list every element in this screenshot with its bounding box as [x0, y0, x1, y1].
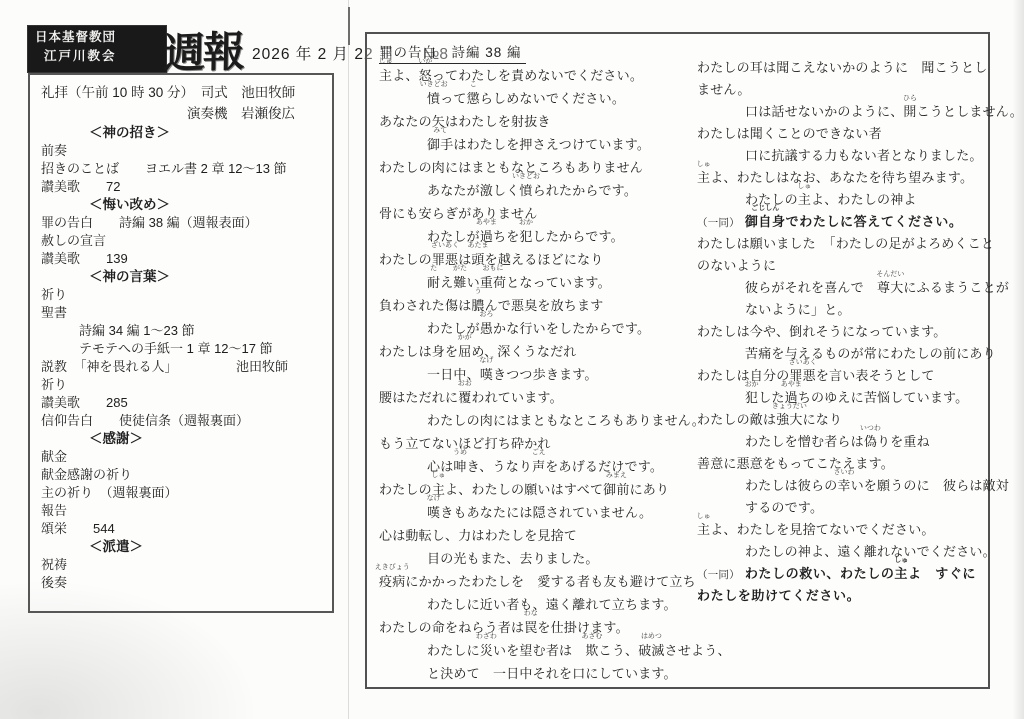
psalm-line-text: わたしの肉にはまともなところもありません: [379, 160, 643, 175]
psalm-line-text: 目の光もまた、去りました。: [427, 551, 599, 566]
service-item: 讃美歌 72: [41, 178, 324, 196]
psalm-line-text: わたしを助けてください。: [697, 588, 860, 603]
psalm-line: わたしは自分の罪悪ざいあくを言い表そうとして: [697, 365, 985, 387]
psalm-line-text: 憤いきどおって懲こらしめないでください。: [427, 91, 625, 106]
psalm-line: わたしの主しゅよ、わたしの神よ: [697, 189, 985, 211]
psalm-line: わたしの神よ、遠く離れないでください。: [697, 541, 985, 563]
psalm-line-text: わたしを憎む者らは偽いつわりを重ね: [745, 434, 930, 449]
service-item: 後奏: [41, 574, 324, 592]
service-section-heading: ＜神の招き＞: [41, 124, 324, 142]
bulletin-title: 週報: [163, 19, 244, 82]
psalm-line: わたしを助けてください。: [697, 585, 985, 607]
psalm-line: わたしは身を屈かがめ、深くうなだれ: [379, 340, 697, 363]
psalm-line: ないように」と。: [697, 299, 985, 321]
psalm-line-text: 一日中、嘆なげきつつ歩きます。: [427, 367, 598, 382]
psalm-line-text: わたしの肉にはまともなところもありません。: [427, 413, 705, 428]
psalm-line-text: わたしは今や、倒れそうになっています。: [697, 324, 947, 339]
psalm-line: 苦痛を与えるものが常にわたしの前にあり: [697, 343, 985, 365]
unison-marker: （一同）: [697, 569, 740, 581]
service-item: 詩編 34 編 1～23 節: [41, 322, 324, 340]
psalm-line-text: 御手みてはわたしを押さえつけています。: [427, 137, 650, 152]
psalm-line: 負わされた傷は膿うんで悪臭を放ちます: [379, 294, 697, 317]
psalm-line-text: わたしの救い、わたしの主しゅよ すぐに: [745, 566, 976, 581]
psalm-line: わたしが愚おろかな行いをしたからです。: [379, 317, 697, 340]
psalm-line: 疫病えきびょうにかかったわたしを 愛する者も友も避けて立ち: [379, 570, 697, 593]
service-item: 聖書: [41, 304, 324, 322]
psalm-line: するのです。: [697, 497, 985, 519]
psalm-line-text: と決めて 一日中それを口にしています。: [427, 666, 677, 681]
service-item: 信仰告白 使徒信条（週報裏面）: [41, 412, 324, 430]
psalm-line: のないように: [697, 255, 985, 277]
psalm-line-text: 心は呻うめき、うなり声ごえをあげるだけです。: [427, 459, 663, 474]
psalm-line-text: するのです。: [745, 500, 823, 515]
psalm-line-text: わたしは彼らの幸さいわいを願うのに 彼らは敵対: [745, 478, 1009, 493]
psalm-line: わたしの耳は聞こえないかのように 聞こうとし: [697, 57, 985, 79]
psalm-line-text: 腰はただれに覆おおわれています。: [379, 390, 563, 405]
service-item: 祈り: [41, 286, 324, 304]
psalm-line: 目の光もまた、去りました。: [379, 547, 697, 570]
psalm-line-text: のないように: [697, 258, 776, 273]
psalm-line-text: 主しゅよ、怒いかってわたしを責めないでください。: [379, 68, 643, 83]
service-item: 讃美歌 139: [41, 250, 324, 268]
psalm-line-text: わたしは聞くことのできない者: [697, 126, 882, 141]
psalm-line-text: 彼らがそれを喜んで 尊大そんだいにふるまうことが: [745, 280, 1009, 295]
psalm-line-text: ないように」と。: [745, 302, 851, 317]
psalm-line: 腰はただれに覆おおわれています。: [379, 386, 697, 409]
psalm-line: 心は動転し、力はわたしを見捨て: [379, 524, 697, 547]
confession-title: 罪の告白 詩編 38 編: [379, 41, 526, 64]
psalm-line-text: わたしの神よ、遠く離れないでください。: [745, 544, 996, 559]
page-fold-divider: [348, 0, 349, 719]
service-item: 献金感謝の祈り: [41, 466, 324, 484]
psalm-line-text: 主しゅよ、わたしはなお、あなたを待ち望みます。: [697, 170, 973, 185]
psalm-line-text: 疫病えきびょうにかかったわたしを 愛する者も友も避けて立ち: [379, 574, 696, 589]
psalm-line-text: わたしは自分の罪悪ざいあくを言い表そうとして: [697, 368, 935, 383]
psalm-line: わたしは聞くことのできない者: [697, 123, 985, 145]
psalm-line: わたしは願いました 「わたしの足がよろめくこと: [697, 233, 985, 255]
psalm-line: わたしに災わざわいを望む者は 欺あざむこう、破滅はめつさせよう、: [379, 639, 697, 662]
service-items-list: ＜神の招き＞前奏招きのことば ヨエル書 2 章 12～13 節讃美歌 72＜悔い…: [41, 124, 324, 592]
service-item: テモテへの手紙一 1 章 12～17 節: [41, 340, 324, 358]
psalm-line-text: 口に抗議する力もない者となりました。: [745, 148, 983, 163]
service-item: 頌栄 544: [41, 520, 324, 538]
psalm-line: わたしの肉にはまともなところもありません。: [379, 409, 697, 432]
organist-line: 演奏機 岩瀬俊広: [41, 103, 324, 124]
psalm-line-text: わたしに近い者も、遠く離れて立ちます。: [427, 597, 677, 612]
psalm-line-text: わたしに災わざわいを望む者は 欺あざむこう、破滅はめつさせよう、: [427, 643, 731, 658]
psalm-line-text: わたしの主しゅよ、わたしの願いはすべて御前みまえにあり: [379, 482, 669, 497]
psalm-line: 主しゅよ、わたしはなお、あなたを待ち望みます。: [697, 167, 985, 189]
church-org-name: 日本基督教団: [28, 28, 166, 47]
psalm-line: 憤いきどおって懲こらしめないでください。: [379, 87, 697, 110]
service-section-heading: ＜感謝＞: [41, 430, 324, 448]
psalm-line-text: 苦痛を与えるものが常にわたしの前にあり: [745, 346, 996, 361]
psalm-line: （一同）わたしの救い、わたしの主しゅよ すぐに: [697, 563, 985, 585]
worship-order-box: 礼拝（午前 10 時 30 分） 司式 池田牧師 演奏機 岩瀬俊広 ＜神の招き＞…: [28, 73, 334, 613]
psalm-line-text: 骨にも安らぎがありません: [379, 206, 537, 221]
psalm-line: 耐たえ難がたい重荷おもにとなっています。: [379, 271, 697, 294]
psalm-column-1: 主しゅよ、怒いかってわたしを責めないでください。憤いきどおって懲こらしめないでく…: [379, 64, 697, 685]
unison-marker: （一同）: [697, 217, 740, 229]
service-item: 讃美歌 285: [41, 394, 324, 412]
psalm-line-text: 主しゅよ、わたしを見捨てないでください。: [697, 522, 935, 537]
psalm-line-text: 耐たえ難がたい重荷おもにとなっています。: [427, 275, 611, 290]
psalm-line: 嘆なげきもあなたには隠されていません。: [379, 501, 697, 524]
psalm-line-text: 御自身ごじしんでわたしに答えてください。: [745, 214, 963, 229]
psalm-line: わたしを憎む者らは偽いつわりを重ね: [697, 431, 985, 453]
service-item: 罪の告白 詩編 38 編（週報表面）: [41, 214, 324, 232]
psalm-line: 心は呻うめき、うなり声ごえをあげるだけです。: [379, 455, 697, 478]
psalm-line: わたしが過あやまちを犯おかしたからです。: [379, 225, 697, 248]
psalm-line: 御手みてはわたしを押さえつけています。: [379, 133, 697, 156]
psalm-line: わたしの罪悪ざいあくは頭あたまを越えるほどになり: [379, 248, 697, 271]
service-item: 主の祈り （週報裏面）: [41, 484, 324, 502]
psalm-line: と決めて 一日中それを口にしています。: [379, 662, 697, 685]
psalm-line-text: わたしの敵は強大きょうだいになり: [697, 412, 842, 427]
service-item: 招きのことば ヨエル書 2 章 12～13 節: [41, 160, 324, 178]
service-item: 赦しの宣言: [41, 232, 324, 250]
psalm-line: わたしは彼らの幸さいわいを願うのに 彼らは敵対: [697, 475, 985, 497]
psalm-line: わたしは今や、倒れそうになっています。: [697, 321, 985, 343]
psalm-line: あなたが激しく憤いきどおられたからです。: [379, 179, 697, 202]
service-item: 献金: [41, 448, 324, 466]
psalm-line: （一同）御自身ごじしんでわたしに答えてください。: [697, 211, 985, 233]
psalm-line-text: 嘆なげきもあなたには隠されていません。: [427, 505, 652, 520]
psalm-line-text: あなたの矢はわたしを射抜き: [379, 114, 551, 129]
service-item: 報告: [41, 502, 324, 520]
service-item: 説教 「神を畏れる人」 池田牧師: [41, 358, 324, 376]
bulletin-page: 日本基督教団 江戸川教会 週報 2026 年 2 月 22 日 №8 礼拝（午前…: [0, 0, 1024, 719]
psalm-line: 骨にも安らぎがありません: [379, 202, 697, 225]
church-logo-box: 日本基督教団 江戸川教会: [28, 26, 166, 72]
psalm-line-text: わたしの耳は聞こえないかのように 聞こうとし: [697, 60, 987, 75]
page-fold-tick: [348, 7, 350, 45]
psalm-line: わたしの敵は強大きょうだいになり: [697, 409, 985, 431]
service-item: 前奏: [41, 142, 324, 160]
service-section-heading: ＜神の言葉＞: [41, 268, 324, 286]
service-section-heading: ＜悔い改め＞: [41, 196, 324, 214]
psalm-line: 彼らがそれを喜んで 尊大そんだいにふるまうことが: [697, 277, 985, 299]
worship-heading: 礼拝（午前 10 時 30 分） 司式 池田牧師: [41, 82, 324, 103]
psalm-line-text: 善意に悪意をもってこたえます。: [697, 456, 894, 471]
psalm-line: 一日中、嘆なげきつつ歩きます。: [379, 363, 697, 386]
psalm-column-2: わたしの耳は聞こえないかのように 聞こうとしません。口は話せないかのように、開ひ…: [697, 57, 985, 607]
psalm-line: 主しゅよ、わたしを見捨てないでください。: [697, 519, 985, 541]
service-item: 祈り: [41, 376, 324, 394]
psalm-line: あなたの矢はわたしを射抜き: [379, 110, 697, 133]
church-branch-name: 江戸川教会: [28, 47, 166, 66]
psalm-line: 口は話せないかのように、開ひらこうとしません。: [697, 101, 985, 123]
psalm-line-text: わたしは身を屈かがめ、深くうなだれ: [379, 344, 577, 359]
psalm-line: わたしに近い者も、遠く離れて立ちます。: [379, 593, 697, 616]
psalm-line-text: ません。: [697, 82, 751, 97]
confession-box: 罪の告白 詩編 38 編 主しゅよ、怒いかってわたしを責めないでください。憤いき…: [365, 32, 990, 689]
psalm-line-text: わたしは願いました 「わたしの足がよろめくこと: [697, 236, 994, 251]
psalm-line-text: あなたが激しく憤いきどおられたからです。: [427, 183, 637, 198]
service-item: 祝祷: [41, 556, 324, 574]
psalm-line: 犯おかした過あやまちのゆえに苦悩しています。: [697, 387, 985, 409]
psalm-line: ません。: [697, 79, 985, 101]
service-section-heading: ＜派遣＞: [41, 538, 324, 556]
psalm-line-text: 口は話せないかのように、開ひらこうとしません。: [745, 104, 1023, 119]
psalm-line: 口に抗議する力もない者となりました。: [697, 145, 985, 167]
psalm-line-text: 心は動転し、力はわたしを見捨て: [379, 528, 577, 543]
